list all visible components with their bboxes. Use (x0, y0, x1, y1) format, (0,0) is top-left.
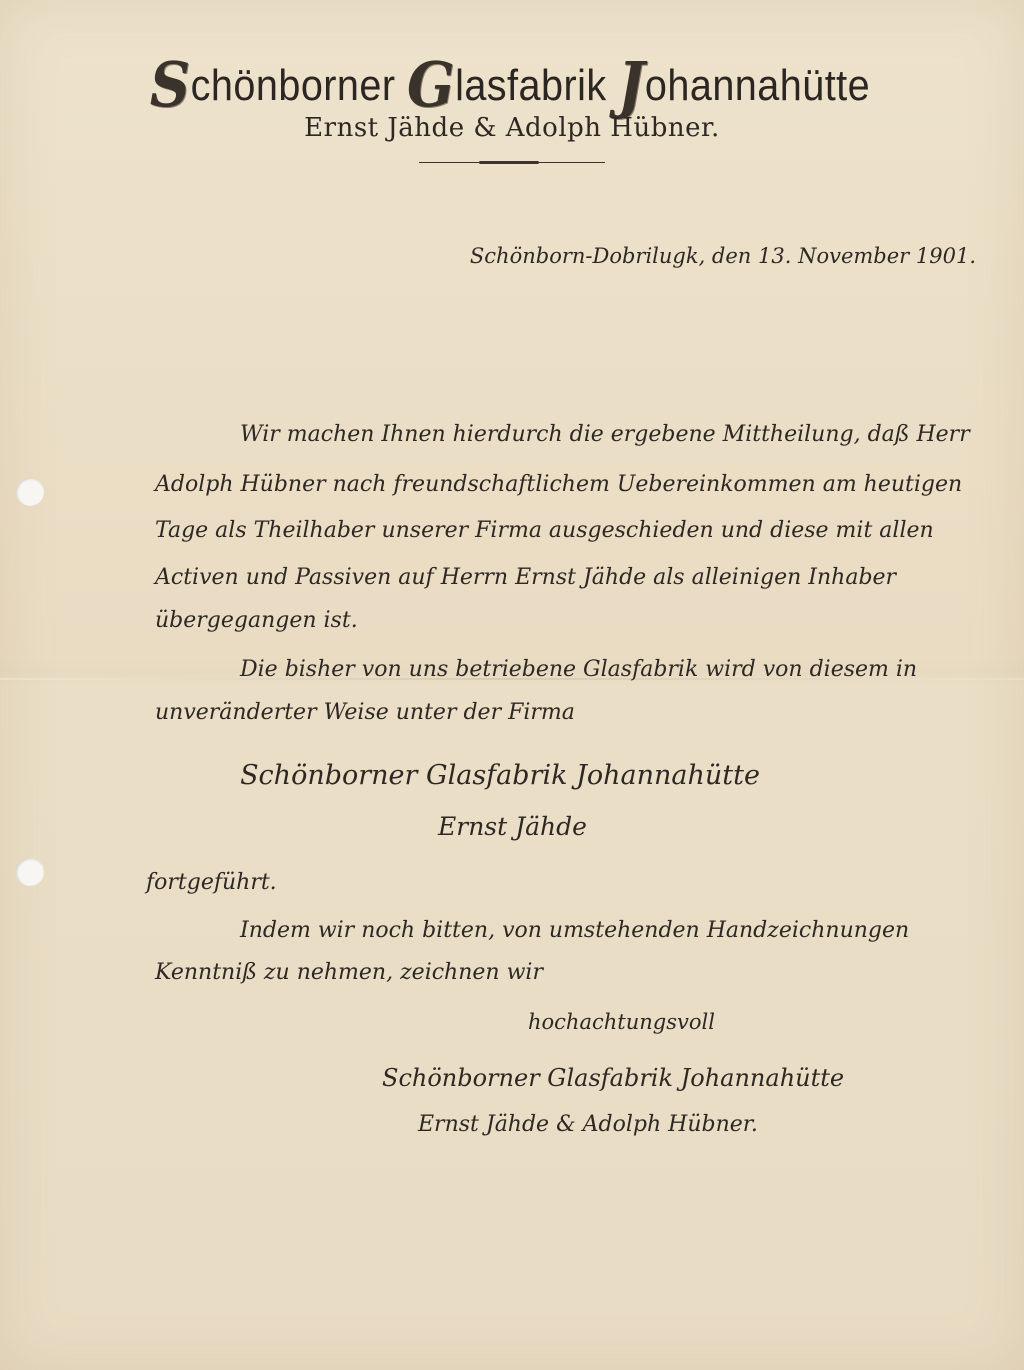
ornate-initial-s: S (150, 48, 191, 121)
body-line: Die bisher von uns betriebene Glasfabrik… (240, 657, 845, 682)
letterhead-company-name: Schönborner Glasfabrik Johannahütte (96, 48, 924, 121)
body-line: übergegangen ist. (155, 608, 845, 633)
letterhead-owners: Ernst Jähde & Adolph Hübner. (0, 113, 1024, 143)
signature-owners: Ernst Jähde & Adolph Hübner. (418, 1112, 758, 1137)
closing-salutation: hochachtungsvoll (528, 1010, 715, 1034)
body-line: Wir machen Ihnen hierdurch die ergebene … (240, 422, 845, 447)
ornate-initial-g: G (407, 48, 455, 121)
body-line: Adolph Hübner nach freundschaftlichem Ue… (155, 472, 845, 497)
letter-page: Schönborner Glasfabrik Johannahütte Erns… (0, 0, 1024, 1370)
dateline: Schönborn-Dobrilugk, den 13. November 19… (470, 244, 976, 268)
body-line: Indem wir noch bitten, von umstehenden H… (240, 918, 845, 943)
letterhead-divider (419, 161, 605, 164)
punch-hole-top (16, 478, 44, 506)
signature-company: Schönborner Glasfabrik Johannahütte (382, 1064, 844, 1092)
firm-owner: Ernst Jähde (438, 812, 587, 841)
continued-text: fortgeführt. (146, 870, 277, 895)
punch-hole-bottom (16, 858, 44, 886)
body-line: unveränderter Weise unter der Firma (155, 700, 845, 725)
firm-name: Schönborner Glasfabrik Johannahütte (0, 760, 1000, 791)
body-line: Kenntniß zu nehmen, zeichnen wir (155, 960, 845, 985)
body-line: Activen und Passiven auf Herrn Ernst Jäh… (155, 565, 845, 590)
ornate-initial-j: J (618, 48, 645, 121)
body-line: Tage als Theilhaber unserer Firma ausges… (155, 518, 845, 543)
